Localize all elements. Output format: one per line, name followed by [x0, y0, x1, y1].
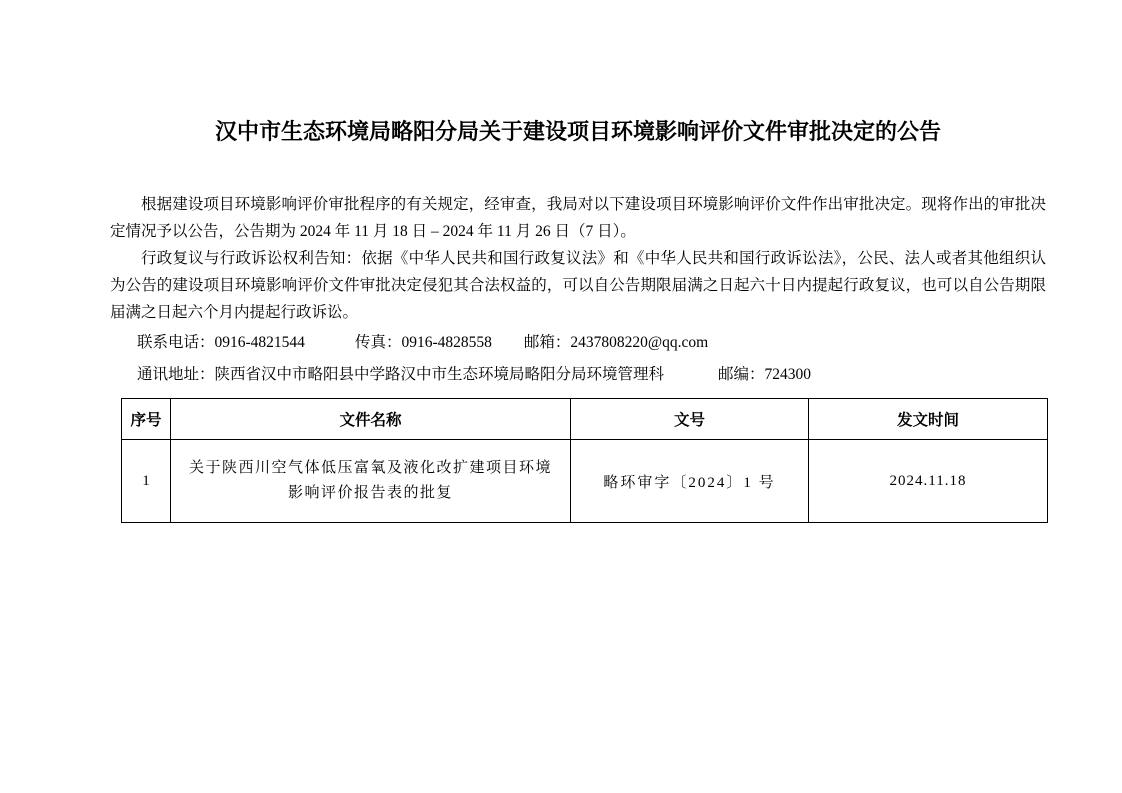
col-header-docno: 文号	[571, 399, 809, 440]
email-value: 2437808220@qq.com	[570, 334, 708, 351]
paragraph-approval-decision: 根据建设项目环境影响评价审批程序的有关规定，经审查，我局对以下建设项目环境影响评…	[110, 191, 1046, 245]
col-header-name: 文件名称	[171, 399, 571, 440]
approval-table: 序号 文件名称 文号 发文时间 1 关于陕西川空气体低压富氧及液化改扩建项目环境…	[121, 398, 1048, 523]
phone-value: 0916-4821544	[215, 334, 305, 351]
cell-docno: 略环审字〔2024〕1 号	[571, 440, 809, 523]
cell-seq: 1	[122, 440, 171, 523]
table-row: 1 关于陕西川空气体低压富氧及液化改扩建项目环境影响评价报告表的批复 略环审字〔…	[122, 440, 1048, 523]
document-page: 汉中市生态环境局略阳分局关于建设项目环境影响评价文件审批决定的公告 根据建设项目…	[0, 0, 1122, 793]
cell-date: 2024.11.18	[809, 440, 1048, 523]
paragraph-legal-rights: 行政复议与行政诉讼权利告知：依据《中华人民共和国行政复议法》和《中华人民共和国行…	[110, 245, 1046, 326]
address-value: 陕西省汉中市略阳县中学路汉中市生态环境局略阳分局环境管理科	[215, 366, 665, 383]
col-header-seq: 序号	[122, 399, 171, 440]
contact-line: 联系电话：0916-4821544传真：0916-4828558邮箱：24378…	[110, 328, 1046, 358]
col-header-date: 发文时间	[809, 399, 1048, 440]
phone-label: 联系电话：	[137, 334, 215, 351]
table-header-row: 序号 文件名称 文号 发文时间	[122, 399, 1048, 440]
address-line: 通讯地址：陕西省汉中市略阳县中学路汉中市生态环境局略阳分局环境管理科邮编：724…	[110, 360, 1046, 390]
document-title: 汉中市生态环境局略阳分局关于建设项目环境影响评价文件审批决定的公告	[110, 0, 1046, 147]
fax-label: 传真：	[355, 334, 402, 351]
cell-name: 关于陕西川空气体低压富氧及液化改扩建项目环境影响评价报告表的批复	[171, 440, 571, 523]
content-area: 汉中市生态环境局略阳分局关于建设项目环境影响评价文件审批决定的公告 根据建设项目…	[110, 0, 1046, 523]
postcode-value: 724300	[765, 366, 812, 383]
address-label: 通讯地址：	[137, 366, 215, 383]
fax-value: 0916-4828558	[401, 334, 491, 351]
document-title-text: 汉中市生态环境局略阳分局关于建设项目环境影响评价文件审批决定的公告	[215, 119, 941, 144]
email-label: 邮箱：	[524, 334, 571, 351]
postcode-label: 邮编：	[718, 366, 765, 383]
